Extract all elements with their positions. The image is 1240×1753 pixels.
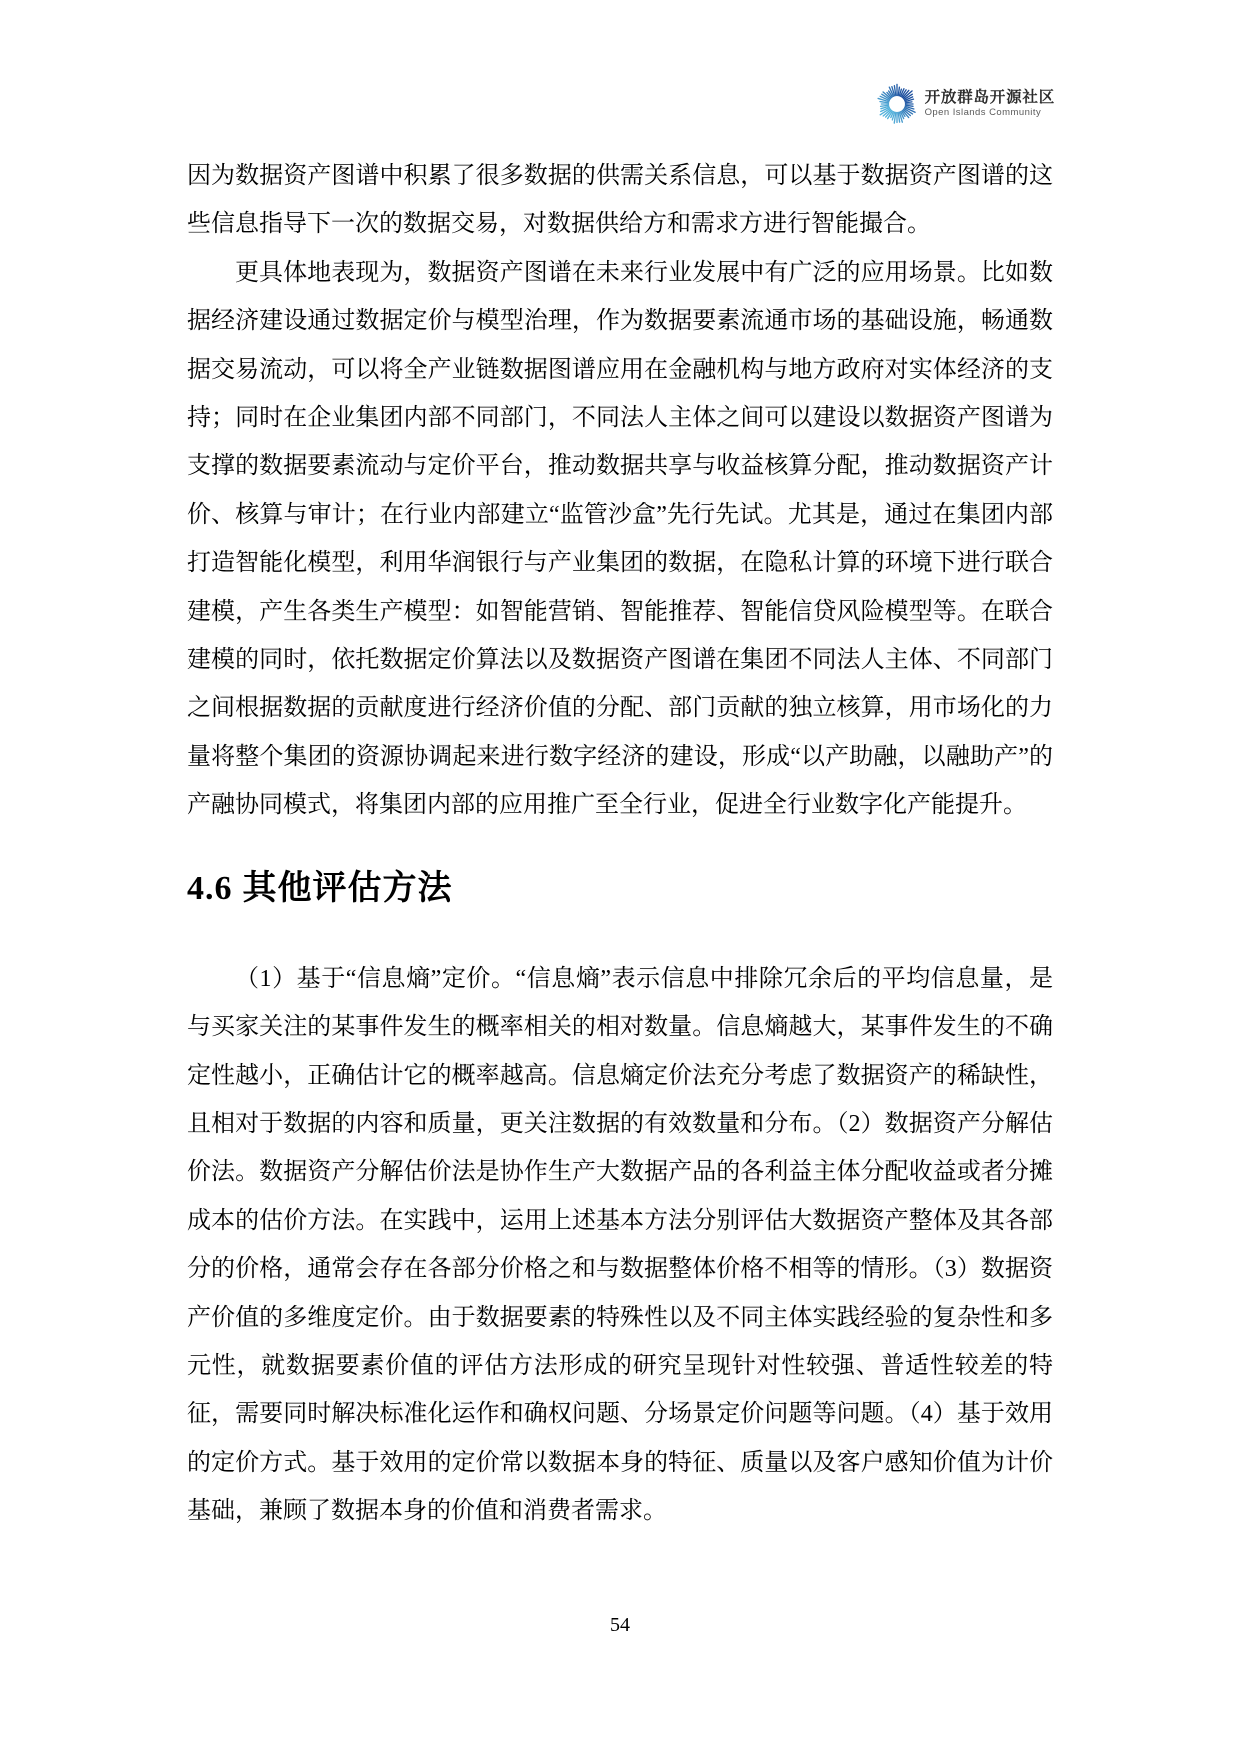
logo-subtitle: Open Islands Community xyxy=(925,107,1055,119)
page-footer: 54 xyxy=(187,1612,1053,1638)
paragraph-application-scenarios: 更具体地表现为，数据资产图谱在未来行业发展中有广泛的应用场景。比如数据经济建设通… xyxy=(187,249,1053,830)
section-title: 其他评估方法 xyxy=(243,869,453,907)
org-logo: 开放群岛开源社区 Open Islands Community xyxy=(876,83,1055,125)
page-number: 54 xyxy=(610,1614,630,1636)
document-page: 开放群岛开源社区 Open Islands Community 因为数据资产图谱… xyxy=(0,0,1240,1753)
section-number: 4.6 xyxy=(187,870,233,907)
paragraph-continuation: 因为数据资产图谱中积累了很多数据的供需关系信息，可以基于数据资产图谱的这些信息指… xyxy=(187,152,1053,249)
document-content: 因为数据资产图谱中积累了很多数据的供需关系信息，可以基于数据资产图谱的这些信息指… xyxy=(187,152,1053,1536)
starburst-icon xyxy=(876,83,918,125)
logo-text: 开放群岛开源社区 Open Islands Community xyxy=(925,89,1055,119)
section-heading: 4.6其他评估方法 xyxy=(187,867,1053,910)
logo-title: 开放群岛开源社区 xyxy=(925,89,1055,106)
paragraph-other-valuation-methods: （1）基于“信息熵”定价。“信息熵”表示信息中排除冗余后的平均信息量，是与买家关… xyxy=(187,955,1053,1536)
